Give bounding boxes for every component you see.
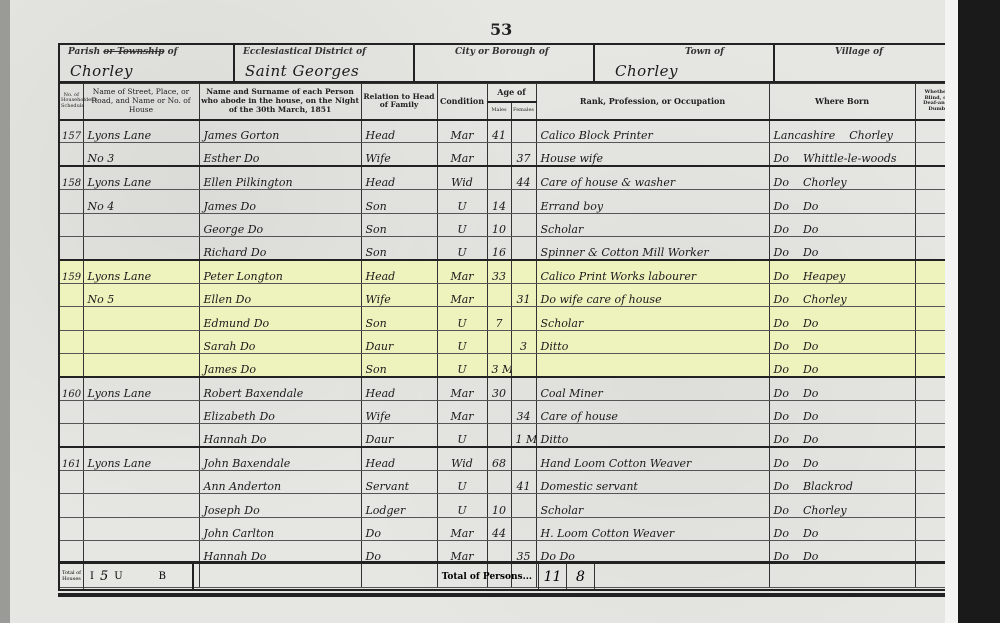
marital-condition: U (437, 236, 487, 259)
footer-blank (594, 564, 956, 589)
table-row: 157Lyons LaneJames GortonHeadMar41Calico… (59, 120, 959, 143)
marital-condition: Wid (437, 166, 487, 189)
table-row: Richard DoSonU16Spinner & Cotton Mill Wo… (59, 236, 959, 259)
person-name: James Gorton (199, 120, 361, 143)
schedule-number (59, 307, 83, 330)
age-male (487, 330, 511, 353)
marital-condition: U (437, 213, 487, 236)
uninhabited-label: U (114, 571, 122, 582)
schedule-number (59, 236, 83, 259)
marital-condition: U (437, 330, 487, 353)
street-address (83, 330, 199, 353)
age-male (487, 424, 511, 447)
street-address (83, 236, 199, 259)
schedule-number (59, 213, 83, 236)
occupation: Errand boy (536, 190, 769, 213)
occupation: Calico Block Printer (536, 120, 769, 143)
schedule-number (59, 283, 83, 306)
col-females: Females (511, 102, 536, 120)
birthplace: DoDo (769, 213, 915, 236)
age-female (511, 120, 536, 143)
census-table: No. of Householder's Schedule Name of St… (58, 83, 960, 588)
age-male: 14 (487, 190, 511, 213)
person-name: Edmund Do (199, 307, 361, 330)
person-name: John Baxendale (199, 447, 361, 470)
schedule-number (59, 400, 83, 423)
schedule-number (59, 353, 83, 376)
age-female: 34 (511, 400, 536, 423)
marital-condition: U (437, 190, 487, 213)
street-address (83, 400, 199, 423)
parish-value: Chorley (70, 62, 133, 80)
schedule-number (59, 470, 83, 493)
occupation: House wife (536, 143, 769, 166)
birthplace: DoHeapey (769, 260, 915, 283)
table-row: George DoSonU10ScholarDoDo (59, 213, 959, 236)
relation-to-head: Head (361, 447, 437, 470)
schedule-number (59, 330, 83, 353)
occupation: Ditto (536, 424, 769, 447)
street-address: Lyons Lane (83, 377, 199, 400)
person-name: James Do (199, 353, 361, 376)
relation-to-head: Son (361, 307, 437, 330)
schedule-number: 161 (59, 447, 83, 470)
occupation: Scholar (536, 213, 769, 236)
col-males: Males (487, 102, 511, 120)
header-districts: Parish or Township of Chorley Ecclesiast… (58, 43, 958, 83)
table-row: 158Lyons LaneEllen PilkingtonHeadWid44Ca… (59, 166, 959, 189)
relation-to-head: Wife (361, 400, 437, 423)
age-female (511, 447, 536, 470)
table-row: No 4James DoSonU14Errand boyDoDo (59, 190, 959, 213)
table-row: Hannah DoDaurU1 MoDittoDoDo (59, 424, 959, 447)
street-address (83, 213, 199, 236)
person-name: James Do (199, 190, 361, 213)
birthplace: DoDo (769, 400, 915, 423)
street-address: Lyons Lane (83, 120, 199, 143)
table-row: Ann AndertonServantU41Domestic servantDo… (59, 470, 959, 493)
col-condition: Condition (437, 84, 487, 120)
age-female: 37 (511, 143, 536, 166)
eccl-district-value: Saint Georges (245, 62, 359, 80)
age-female (511, 517, 536, 540)
occupation: Hand Loom Cotton Weaver (536, 447, 769, 470)
person-name: Richard Do (199, 236, 361, 259)
marital-condition: Mar (437, 517, 487, 540)
parish-cell: Parish or Township of Chorley (60, 45, 235, 81)
town-value: Chorley (615, 62, 678, 80)
street-address (83, 470, 199, 493)
relation-to-head: Lodger (361, 494, 437, 517)
age-male: 3 Mo (487, 353, 511, 376)
schedule-number: 160 (59, 377, 83, 400)
table-row: 160Lyons LaneRobert BaxendaleHeadMar30Co… (59, 377, 959, 400)
city-borough-cell: City or Borough of (415, 45, 595, 81)
col-occupation: Rank, Profession, or Occupation (536, 84, 769, 120)
village-cell: Village of (775, 45, 956, 81)
birthplace: DoWhittle-le-woods (769, 143, 915, 166)
marital-condition: U (437, 307, 487, 330)
occupation: Ditto (536, 330, 769, 353)
street-address: No 5 (83, 283, 199, 306)
relation-to-head: Servant (361, 470, 437, 493)
age-female: 1 Mo (511, 424, 536, 447)
table-row: 159Lyons LanePeter LongtonHeadMar33Calic… (59, 260, 959, 283)
marital-condition: Wid (437, 447, 487, 470)
birthplace: LancashireChorley (769, 120, 915, 143)
city-borough-label: City or Borough of (455, 47, 549, 57)
birthplace: DoDo (769, 377, 915, 400)
person-name: Elizabeth Do (199, 400, 361, 423)
occupation: Care of house (536, 400, 769, 423)
birthplace: DoDo (769, 307, 915, 330)
age-female (511, 353, 536, 376)
person-name: Esther Do (199, 143, 361, 166)
total-persons-label: Total of Persons... (442, 572, 538, 582)
col-schedule: No. of Householder's Schedule (59, 84, 83, 120)
relation-to-head: Head (361, 260, 437, 283)
marital-condition: Mar (437, 400, 487, 423)
street-address: Lyons Lane (83, 166, 199, 189)
street-address (83, 494, 199, 517)
occupation: H. Loom Cotton Weaver (536, 517, 769, 540)
bottom-rule (58, 593, 958, 597)
birthplace: DoBlackrod (769, 470, 915, 493)
occupation: Coal Miner (536, 377, 769, 400)
table-row: John CarltonDoMar44H. Loom Cotton Weaver… (59, 517, 959, 540)
marital-condition: U (437, 424, 487, 447)
person-name: Ellen Do (199, 283, 361, 306)
occupation: Do wife care of house (536, 283, 769, 306)
village-label: Village of (835, 47, 883, 57)
age-male (487, 283, 511, 306)
parish-label: Parish or Township of (68, 47, 177, 57)
table-row: Sarah DoDaurU3DittoDoDo (59, 330, 959, 353)
relation-to-head: Son (361, 213, 437, 236)
relation-to-head: Head (361, 166, 437, 189)
marital-condition: Mar (437, 120, 487, 143)
marital-condition: Mar (437, 377, 487, 400)
table-row: Elizabeth DoWifeMar34Care of houseDoDo (59, 400, 959, 423)
age-female (511, 260, 536, 283)
table-row: Joseph DoLodgerU10ScholarDoChorley (59, 494, 959, 517)
col-age: Age of (487, 84, 536, 102)
age-male (487, 143, 511, 166)
inhabited-label: I (90, 571, 94, 582)
marital-condition: Mar (437, 283, 487, 306)
age-female (511, 494, 536, 517)
marital-condition: Mar (437, 260, 487, 283)
street-address (83, 517, 199, 540)
town-label: Town of (685, 47, 724, 57)
eccl-district-label: Ecclesiastical District of (243, 47, 366, 57)
age-female (511, 190, 536, 213)
marital-condition: U (437, 470, 487, 493)
scan-background (958, 0, 1000, 623)
person-name: Hannah Do (199, 424, 361, 447)
person-name: Joseph Do (199, 494, 361, 517)
relation-to-head: Wife (361, 283, 437, 306)
schedule-number (59, 190, 83, 213)
building-label: B (159, 571, 166, 582)
schedule-number: 158 (59, 166, 83, 189)
occupation (536, 353, 769, 376)
relation-to-head: Son (361, 353, 437, 376)
age-male: 16 (487, 236, 511, 259)
birthplace: DoDo (769, 447, 915, 470)
age-male (487, 470, 511, 493)
person-name: John Carlton (199, 517, 361, 540)
relation-to-head: Daur (361, 424, 437, 447)
age-male: 7 (487, 307, 511, 330)
relation-to-head: Wife (361, 143, 437, 166)
age-female (511, 236, 536, 259)
age-male: 10 (487, 213, 511, 236)
relation-to-head: Head (361, 120, 437, 143)
houses-totals: I 5 U B (84, 564, 194, 589)
age-female: 41 (511, 470, 536, 493)
relation-to-head: Head (361, 377, 437, 400)
age-male: 33 (487, 260, 511, 283)
page-edge (0, 0, 10, 623)
table-row: Edmund DoSonU7ScholarDoDo (59, 307, 959, 330)
street-address: Lyons Lane (83, 447, 199, 470)
birthplace: DoChorley (769, 283, 915, 306)
col-where-born: Where Born (769, 84, 915, 120)
person-name: Robert Baxendale (199, 377, 361, 400)
relation-to-head: Daur (361, 330, 437, 353)
street-address: No 4 (83, 190, 199, 213)
schedule-number: 159 (59, 260, 83, 283)
street-address (83, 424, 199, 447)
occupation: Scholar (536, 494, 769, 517)
person-name: Sarah Do (199, 330, 361, 353)
age-female (511, 307, 536, 330)
relation-to-head: Son (361, 236, 437, 259)
age-male (487, 400, 511, 423)
person-name: Peter Longton (199, 260, 361, 283)
person-name: George Do (199, 213, 361, 236)
relation-to-head: Do (361, 517, 437, 540)
occupation: Calico Print Works labourer (536, 260, 769, 283)
birthplace: DoDo (769, 517, 915, 540)
marital-condition: U (437, 494, 487, 517)
age-male: 30 (487, 377, 511, 400)
marital-condition: U (437, 353, 487, 376)
age-female (511, 377, 536, 400)
page-number: 53 (490, 20, 512, 39)
age-female: 31 (511, 283, 536, 306)
houses-total-label: Total of Houses (60, 564, 84, 589)
birthplace: DoDo (769, 190, 915, 213)
table-row: No 3Esther DoWifeMar37House wifeDoWhittl… (59, 143, 959, 166)
schedule-number (59, 424, 83, 447)
occupation: Domestic servant (536, 470, 769, 493)
age-male: 68 (487, 447, 511, 470)
schedule-number (59, 517, 83, 540)
birthplace: DoChorley (769, 166, 915, 189)
person-name: Ann Anderton (199, 470, 361, 493)
table-row: No 5Ellen DoWifeMar31Do wife care of hou… (59, 283, 959, 306)
marital-condition: Mar (437, 143, 487, 166)
col-street: Name of Street, Place, or Road, and Name… (83, 84, 199, 120)
col-name: Name and Surname of each Person who abod… (199, 84, 361, 120)
street-address: Lyons Lane (83, 260, 199, 283)
street-address: No 3 (83, 143, 199, 166)
eccl-district-cell: Ecclesiastical District of Saint Georges (235, 45, 415, 81)
birthplace: DoDo (769, 353, 915, 376)
occupation: Spinner & Cotton Mill Worker (536, 236, 769, 259)
schedule-number: 157 (59, 120, 83, 143)
birthplace: DoChorley (769, 494, 915, 517)
street-address (83, 353, 199, 376)
person-name: Ellen Pilkington (199, 166, 361, 189)
age-male: 41 (487, 120, 511, 143)
census-page: 53 Parish or Township of Chorley Ecclesi… (0, 0, 958, 623)
occupation: Scholar (536, 307, 769, 330)
census-rows: 157Lyons LaneJames GortonHeadMar41Calico… (59, 120, 959, 588)
age-male (487, 166, 511, 189)
town-cell: Town of Chorley (595, 45, 775, 81)
birthplace: DoDo (769, 424, 915, 447)
age-female: 44 (511, 166, 536, 189)
inhabited-value: 5 (100, 569, 108, 584)
table-row: James DoSonU3 MoDoDo (59, 353, 959, 376)
total-females: 8 (566, 564, 594, 589)
age-male: 10 (487, 494, 511, 517)
schedule-number (59, 494, 83, 517)
table-row: 161Lyons LaneJohn BaxendaleHeadWid68Hand… (59, 447, 959, 470)
totals-footer: Total of Houses I 5 U B Total of Persons… (58, 561, 958, 591)
total-males: 11 (538, 564, 566, 589)
occupation: Care of house & washer (536, 166, 769, 189)
age-female: 3 (511, 330, 536, 353)
schedule-number (59, 143, 83, 166)
age-female (511, 213, 536, 236)
relation-to-head: Son (361, 190, 437, 213)
street-address (83, 307, 199, 330)
age-male: 44 (487, 517, 511, 540)
col-relation: Relation to Head of Family (361, 84, 437, 120)
birthplace: DoDo (769, 330, 915, 353)
birthplace: DoDo (769, 236, 915, 259)
